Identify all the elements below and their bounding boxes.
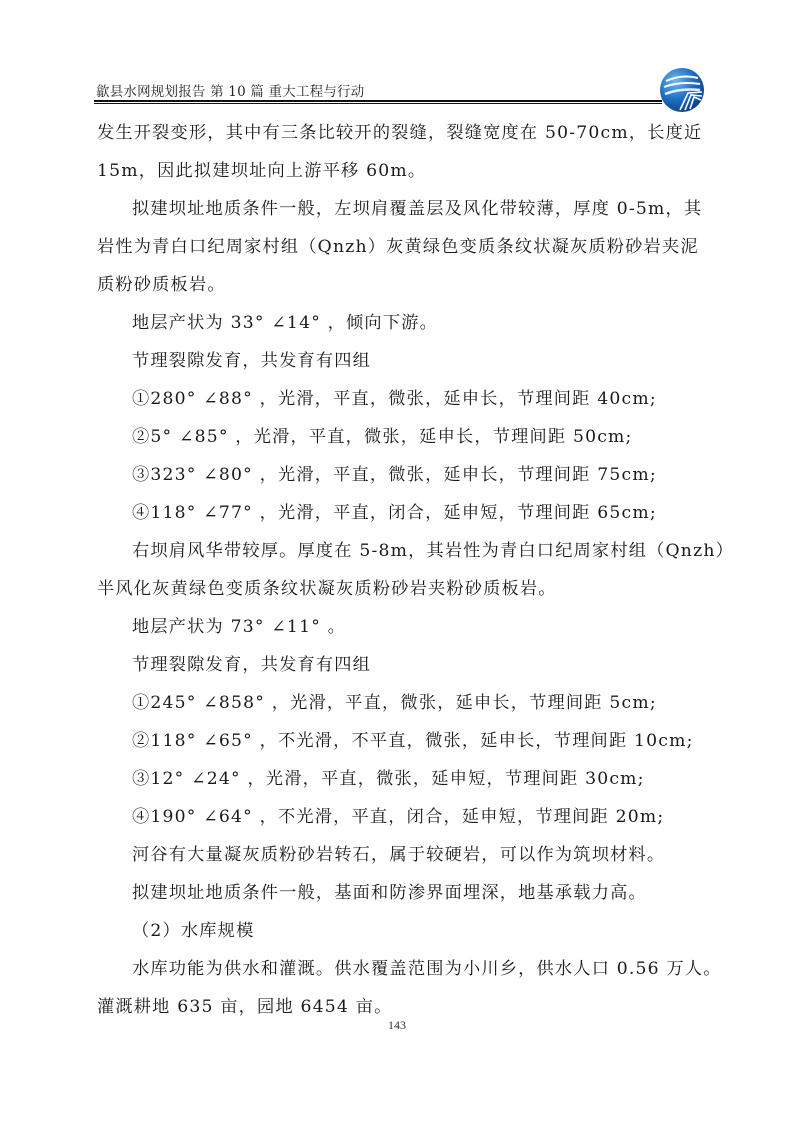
paragraph-line: 岩性为青白口纪周家村组（Qnzh）灰黄绿色变质条纹状凝灰质粉砂岩夹泥 xyxy=(97,228,703,266)
paragraph-line: 拟建坝址地质条件一般，左坝肩覆盖层及风化带较薄，厚度 0-5m，其 xyxy=(97,190,703,228)
paragraph-line: 节理裂隙发育，共发育有四组 xyxy=(97,342,703,380)
paragraph-line: 质粉砂质板岩。 xyxy=(97,266,703,304)
paragraph-line: 地层产状为 73° ∠11° 。 xyxy=(97,608,703,646)
document-body: 发生开裂变形，其中有三条比较开的裂缝，裂缝宽度在 50-70cm，长度近 15m… xyxy=(97,114,703,1026)
paragraph-line: 水库功能为供水和灌溉。供水覆盖范围为小川乡，供水人口 0.56 万人。 xyxy=(97,950,703,988)
paragraph-line: 拟建坝址地质条件一般，基面和防渗界面埋深，地基承载力高。 xyxy=(97,874,703,912)
page-header: 歙县水网规划报告 第 10 篇 重大工程与行动 xyxy=(94,78,664,100)
paragraph-line: 15m，因此拟建坝址向上游平移 60m。 xyxy=(97,152,703,190)
list-item: ③323° ∠80° ，光滑，平直，微张，延申长，节理间距 75cm; xyxy=(97,456,703,494)
paragraph-line: 地层产状为 33° ∠14° ，倾向下游。 xyxy=(97,304,703,342)
paragraph-line: 发生开裂变形，其中有三条比较开的裂缝，裂缝宽度在 50-70cm，长度近 xyxy=(97,114,703,152)
list-item: ②118° ∠65° ，不光滑，不平直，微张，延申长，节理间距 10cm; xyxy=(97,722,703,760)
list-item: ①280° ∠88° ，光滑，平直，微张，延申长，节理间距 40cm; xyxy=(97,380,703,418)
list-item: ④118° ∠77° ，光滑，平直，闭合，延申短，节理间距 65cm; xyxy=(97,494,703,532)
section-heading: （2）水库规模 xyxy=(97,912,703,950)
list-item: ④190° ∠64° ，不光滑，平直，闭合，延申短，节理间距 20m; xyxy=(97,798,703,836)
paragraph-line: 节理裂隙发育，共发育有四组 xyxy=(97,646,703,684)
paragraph-line: 半风化灰黄绿色变质条纹状凝灰质粉砂岩夹粉砂质板岩。 xyxy=(97,570,703,608)
list-item: ①245° ∠858° ，光滑，平直，微张，延申长，节理间距 5cm; xyxy=(97,684,703,722)
header-divider xyxy=(94,100,662,102)
list-item: ③12° ∠24° ，光滑，平直，微张，延申短，节理间距 30cm; xyxy=(97,760,703,798)
paragraph-line: 河谷有大量凝灰质粉砂岩转石，属于较硬岩，可以作为筑坝材料。 xyxy=(97,836,703,874)
page-number: 143 xyxy=(0,1018,794,1033)
paragraph-line: 右坝肩风华带较厚。厚度在 5-8m，其岩性为青白口纪周家村组（Qnzh） xyxy=(97,532,703,570)
header-title: 歙县水网规划报告 第 10 篇 重大工程与行动 xyxy=(96,80,364,100)
list-item: ②5° ∠85° ，光滑，平直，微张，延申长，节理间距 50cm; xyxy=(97,418,703,456)
water-network-logo-icon xyxy=(658,66,706,114)
header-divider-thin xyxy=(94,103,662,104)
